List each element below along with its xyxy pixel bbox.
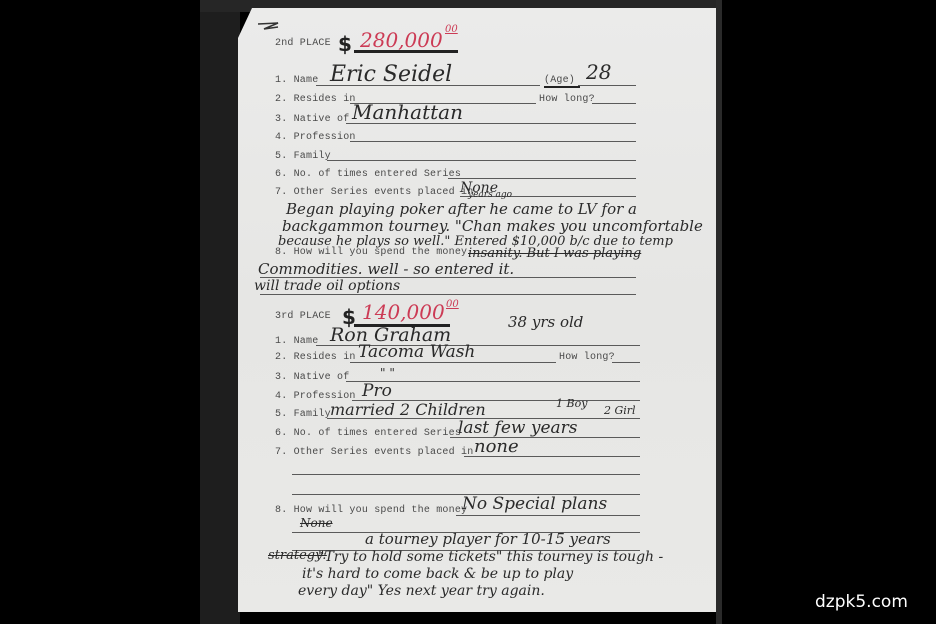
age-label: (Age) xyxy=(544,75,575,86)
currency-symbol: $ xyxy=(338,32,352,56)
profession-line xyxy=(350,141,636,142)
strategy-line: every day" Yes next year try again. xyxy=(298,583,545,599)
spend-line xyxy=(260,294,636,295)
age-note: 38 yrs old xyxy=(508,313,583,331)
strategy-line: it's hard to come back & be up to play xyxy=(302,566,573,582)
resides-label: 2. Resides in xyxy=(275,94,356,105)
prize-underline xyxy=(354,50,458,53)
prize-cents: 00 xyxy=(446,299,459,310)
note-line: backgammon tourney. "Chan makes you unco… xyxy=(282,217,703,235)
age-value: 28 xyxy=(586,60,611,84)
other-events-note: years ago xyxy=(468,190,512,200)
native-value: " " xyxy=(380,366,395,380)
name-value: Eric Seidel xyxy=(330,62,452,87)
times-line xyxy=(448,178,636,179)
family-line xyxy=(327,160,636,161)
note-line: Commodities. well - so entered it. xyxy=(258,260,514,278)
resides-label: 2. Resides in xyxy=(275,352,356,363)
native-label: 3. Native of xyxy=(275,114,349,125)
family-note-girl: 2 Girl xyxy=(604,404,636,417)
how-long-line xyxy=(612,362,640,363)
family-note-boy: 1 Boy xyxy=(556,397,587,410)
spend-label: 8. How will you spend the money xyxy=(275,247,467,258)
tourney-note: a tourney player for 10-15 years xyxy=(365,530,611,548)
family-label: 5. Family xyxy=(275,151,331,162)
prize-amount: 140,000 xyxy=(362,300,445,324)
times-value: last few years xyxy=(458,418,578,438)
resides-line xyxy=(350,362,556,363)
blank-line xyxy=(292,474,640,475)
scan-backdrop xyxy=(200,0,240,624)
prize-amount: 280,000 xyxy=(360,28,443,52)
how-long-label: How long? xyxy=(539,94,595,105)
scan-backdrop-right xyxy=(716,0,722,624)
native-value: Manhattan xyxy=(352,100,463,124)
age-line xyxy=(578,85,636,86)
note-line: will trade oil options xyxy=(254,278,400,294)
other-events-value: none xyxy=(474,436,519,457)
how-long-label: How long? xyxy=(559,352,615,363)
name-label: 1. Name xyxy=(275,75,318,86)
age-underline xyxy=(544,86,580,88)
family-value: married 2 Children xyxy=(330,400,486,419)
place-label: 3rd PLACE xyxy=(275,311,331,322)
profession-value: Pro xyxy=(362,381,392,401)
spend-label: 8. How will you spend the money xyxy=(275,505,467,516)
family-label: 5. Family xyxy=(275,409,331,420)
place-label: 2nd PLACE xyxy=(275,38,331,49)
pen-mark-icon xyxy=(258,22,280,32)
struck-note: None xyxy=(300,516,333,530)
other-events-label: 7. Other Series events placed in xyxy=(275,447,473,458)
name-label: 1. Name xyxy=(275,336,318,347)
spend-line xyxy=(456,515,640,516)
strategy-line: "Try to hold some tickets" this tourney … xyxy=(318,549,663,565)
other-events-label: 7. Other Series events placed in xyxy=(275,187,473,198)
times-label: 6. No. of times entered Series xyxy=(275,169,461,180)
site-watermark: dzpk5.com xyxy=(815,592,908,612)
note-line: Began playing poker after he came to LV … xyxy=(286,200,637,218)
profession-label: 4. Profession xyxy=(275,132,356,143)
note-line: insanity. But I was playing xyxy=(468,246,641,261)
resides-value: Tacoma Wash xyxy=(358,342,475,362)
native-label: 3. Native of xyxy=(275,372,349,383)
how-long-line xyxy=(592,103,636,104)
spend-value: No Special plans xyxy=(462,494,607,514)
prize-cents: 00 xyxy=(445,24,458,35)
times-label: 6. No. of times entered Series xyxy=(275,428,461,439)
